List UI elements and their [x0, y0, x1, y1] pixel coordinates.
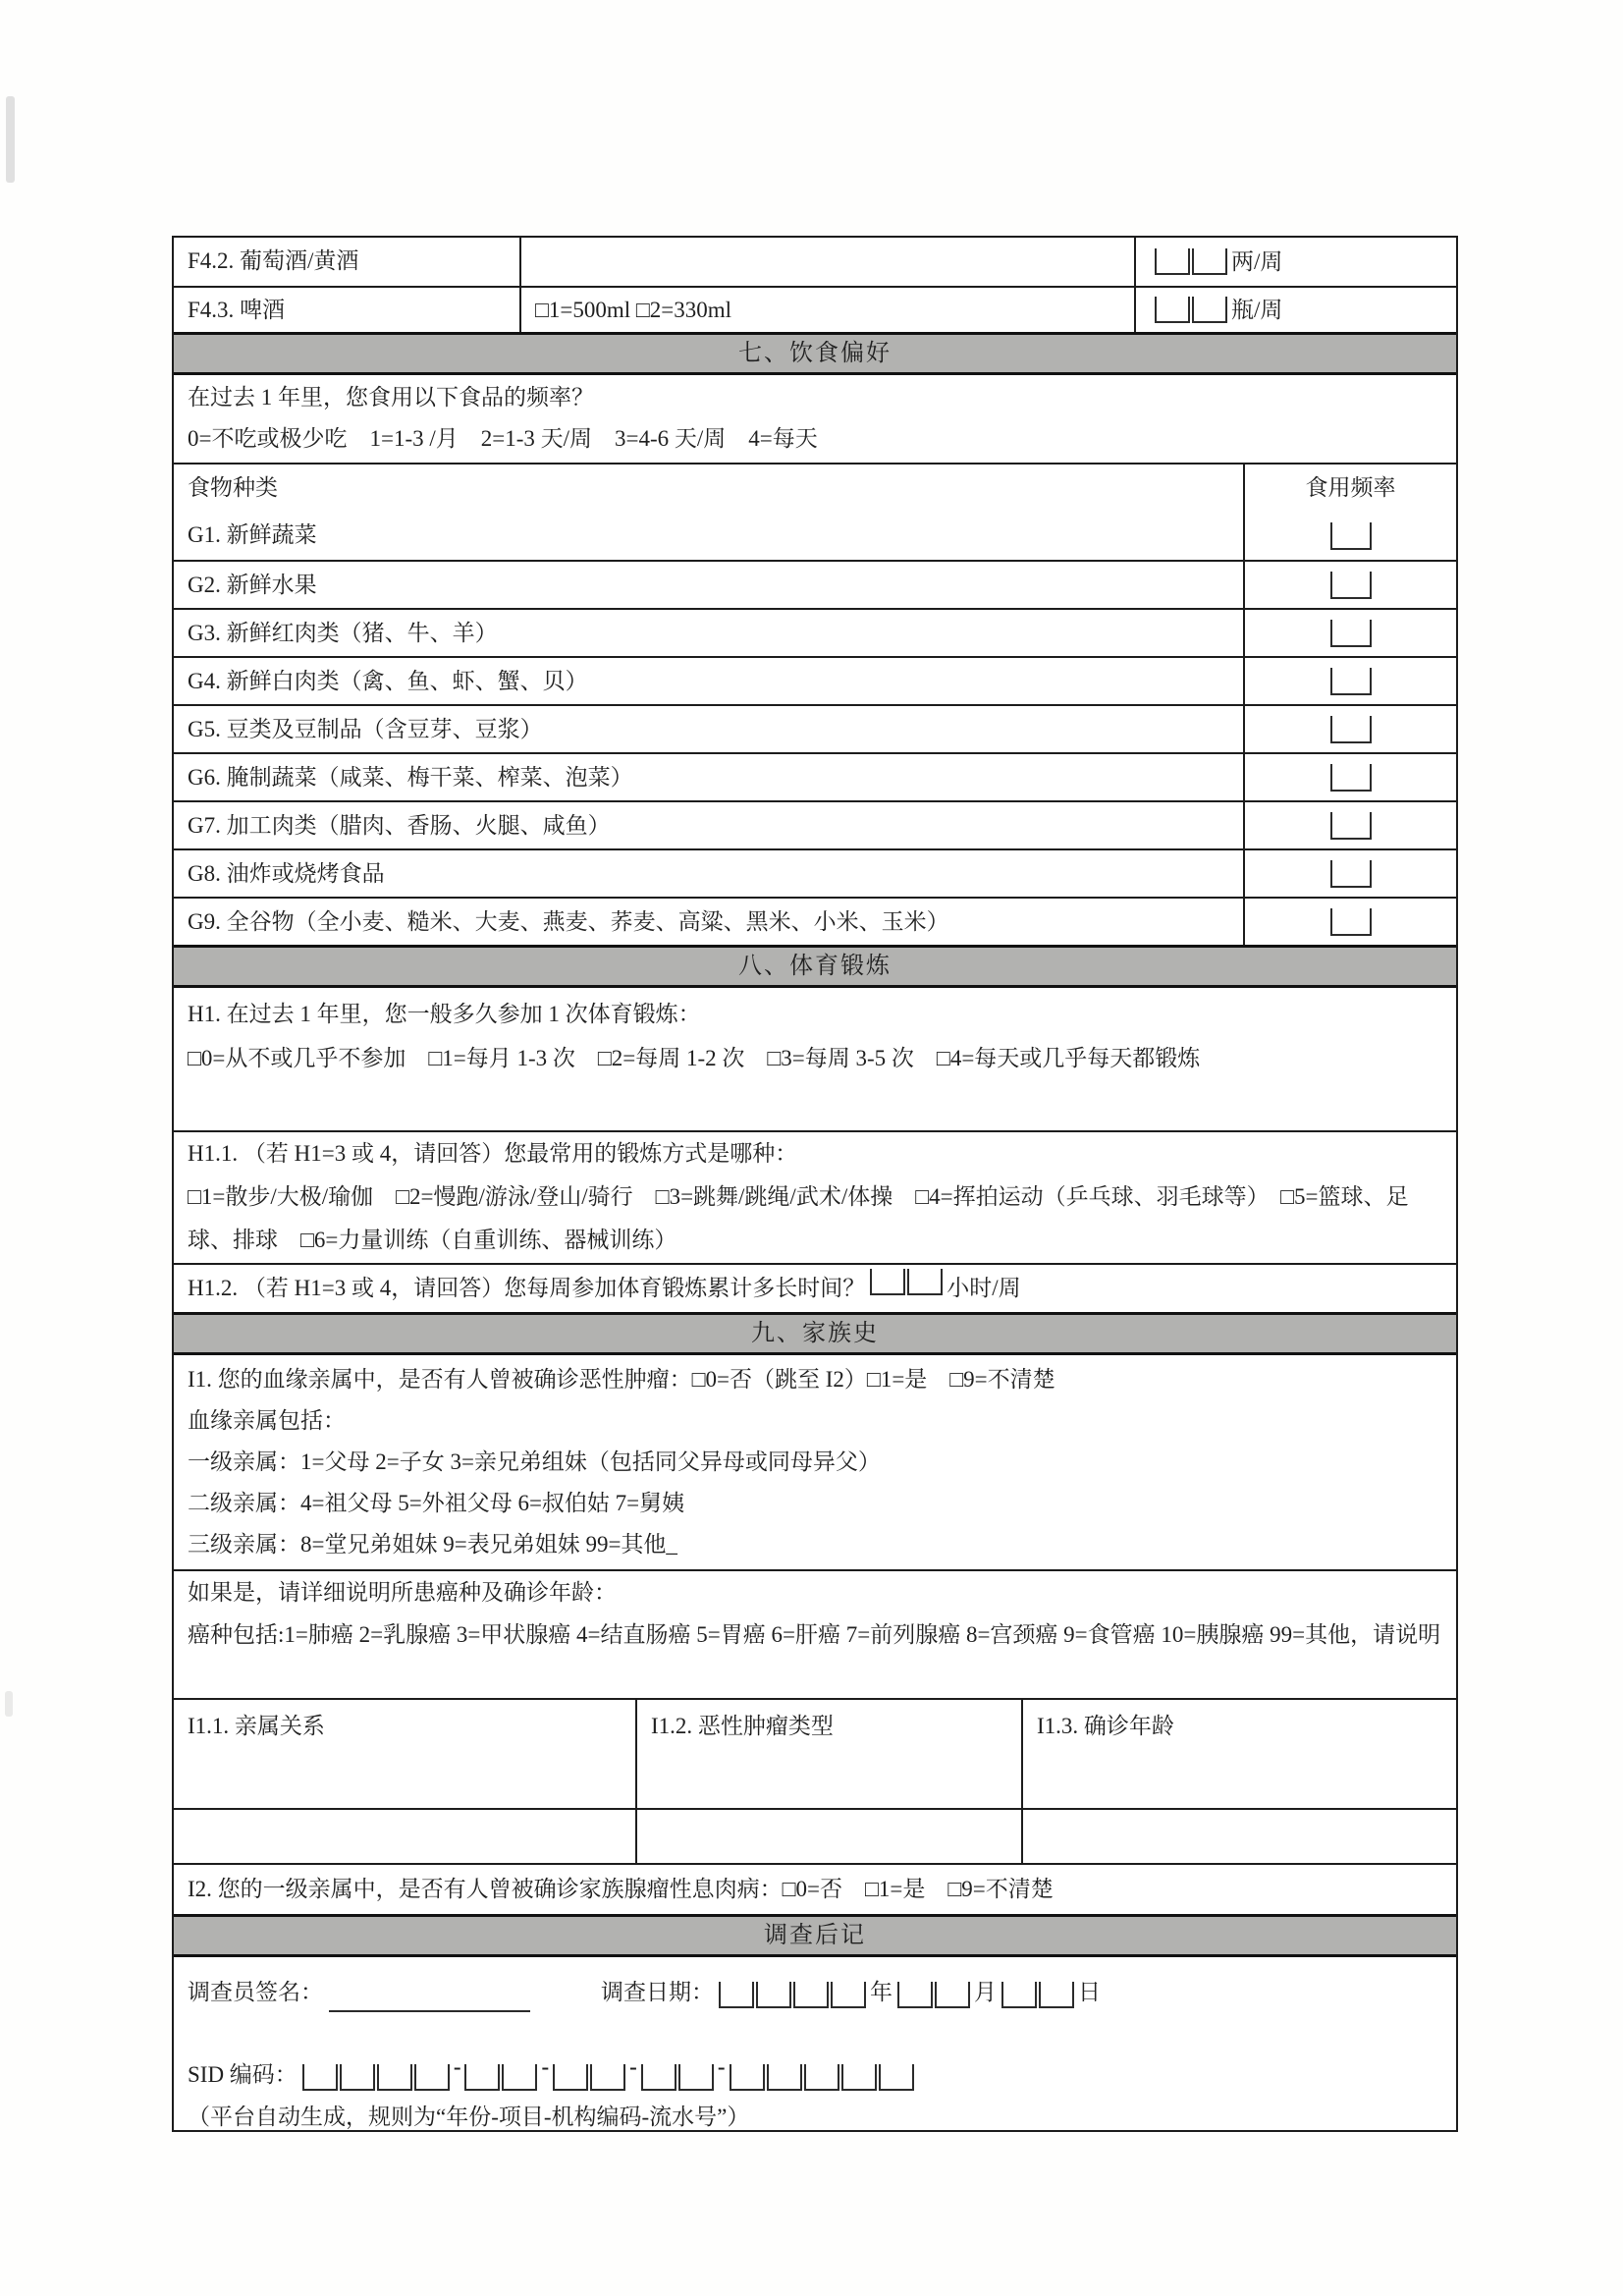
entry-box — [719, 1982, 754, 2008]
table-row-f43: F4.3. 啤酒 □1=500ml □2=330ml 瓶/周 — [174, 286, 1456, 332]
food-row: G5. 豆类及豆制品（含豆芽、豆浆） — [174, 704, 1456, 752]
h11-question-cell: H1.1. （若 H1=3 或 4，请回答）您最常用的锻炼方式是哪种： □1=散… — [174, 1130, 1456, 1263]
frequency-entry-cell — [1243, 754, 1456, 800]
section-header-exercise: 八、体育锻炼 — [174, 945, 1456, 988]
diet-frequency-scale: 0=不吃或极少吃 1=1-3 /月 2=1-3 天/周 3=4-6 天/周 4=… — [188, 418, 1442, 460]
row-id: F4.2. — [188, 248, 234, 273]
column-header-tumor-type: I1.2. 恶性肿瘤类型 — [635, 1700, 1021, 1753]
entry-box — [907, 1269, 943, 1295]
code-entry-boxes — [1154, 297, 1228, 323]
sid-code-line: SID 编码： ---- — [188, 2051, 1442, 2095]
entry-box — [897, 1982, 933, 2008]
section-header-postscript: 调查后记 — [174, 1914, 1456, 1957]
code-entry-boxes — [869, 1269, 944, 1295]
entry-box — [1155, 248, 1190, 275]
h1-question-cell: H1. 在过去 1 年里，您一般多久参加 1 次体育锻炼： □0=从不或几乎不参… — [174, 988, 1456, 1130]
food-label: G1. 新鲜蔬菜 — [174, 512, 1243, 560]
relatives-intro: 血缘亲属包括： — [188, 1400, 1442, 1442]
row-id: F4.3. — [188, 298, 234, 322]
entry-box — [641, 2064, 676, 2091]
entry-box — [879, 2064, 914, 2091]
code-entry-boxes — [1329, 522, 1373, 550]
row-label: 葡萄酒/黄酒 — [240, 248, 358, 273]
i1-question: I1. 您的血缘亲属中，是否有人曾被确诊恶性肿瘤：□0=否（跳至 I2）□1=是… — [188, 1359, 1442, 1400]
options-cell-f43: □1=500ml □2=330ml — [519, 288, 1134, 332]
checkbox-options-text: □1=500ml □2=330ml — [535, 298, 731, 322]
group-separator: - — [454, 2048, 461, 2087]
entry-box — [1330, 522, 1372, 550]
entry-box — [1330, 716, 1372, 743]
entry-box — [1330, 764, 1372, 792]
first-degree-relatives: 一级亲属：1=父母 2=子女 3=亲兄弟组妹（包括同父异母或同母异父） — [188, 1442, 1442, 1483]
food-label: G9. 全谷物（全小麦、糙米、大麦、燕麦、荞麦、高粱、黑米、小米、玉米） — [174, 899, 1243, 945]
food-row: G1. 新鲜蔬菜 — [174, 512, 1456, 560]
section-header-family-history: 九、家族史 — [174, 1312, 1456, 1355]
entry-box — [1192, 297, 1227, 323]
entry-box — [1155, 297, 1190, 323]
code-entry-boxes — [1329, 668, 1373, 695]
month-label: 月 — [974, 1973, 997, 2012]
food-row: G4. 新鲜白肉类（禽、鱼、虾、蟹、贝） — [174, 656, 1456, 704]
entry-box — [841, 2064, 877, 2091]
entry-box — [1330, 908, 1372, 936]
row-label: 啤酒 — [240, 298, 285, 322]
relative-table-row — [174, 1808, 1456, 1863]
signature-date-line: 调查员签名： 调查日期： 年 月 日 — [188, 1969, 1442, 2012]
year-entry-boxes — [718, 1982, 867, 2008]
h12-question: H1.2. （若 H1=3 或 4，请回答）您每周参加体育锻炼累计多长时间？ — [188, 1276, 865, 1300]
frequency-entry-cell — [1243, 610, 1456, 656]
group-separator: - — [629, 2048, 637, 2087]
food-row: G9. 全谷物（全小麦、糙米、大麦、燕麦、荞麦、高粱、黑米、小米、玉米） — [174, 897, 1456, 945]
entry-box — [553, 2064, 588, 2091]
column-header-diagnosis-age: I1.3. 确诊年龄 — [1021, 1700, 1456, 1753]
code-entry-boxes — [1329, 860, 1373, 888]
entry-box — [870, 1269, 905, 1295]
food-frequency-rows: G1. 新鲜蔬菜G2. 新鲜水果G3. 新鲜红肉类（猪、牛、羊）G4. 新鲜白肉… — [174, 512, 1456, 945]
food-label: G8. 油炸或烧烤食品 — [174, 850, 1243, 897]
entry-box — [678, 2064, 714, 2091]
entry-box — [1330, 812, 1372, 840]
food-label: G3. 新鲜红肉类（猪、牛、羊） — [174, 610, 1243, 656]
empty-entry-cell — [174, 1753, 635, 1808]
cancer-type-cell: 如果是，请详细说明所患癌种及确诊年龄： 癌种包括:1=肺癌 2=乳腺癌 3=甲状… — [174, 1569, 1456, 1698]
group-separator: - — [718, 2048, 726, 2087]
answer-cell-f43: 瓶/周 — [1134, 288, 1456, 332]
second-degree-relatives: 二级亲属：4=祖父母 5=外祖父母 6=叔伯姑 7=舅姨 — [188, 1483, 1442, 1524]
sid-generation-note: （平台自动生成，规则为“年份-项目-机构编码-流水号”） — [188, 2099, 1442, 2130]
food-row: G7. 加工肉类（腊肉、香肠、火腿、咸鱼） — [174, 800, 1456, 848]
frequency-entry-cell — [1243, 706, 1456, 752]
code-entry-boxes — [1329, 620, 1373, 647]
diet-question: 在过去 1 年里，您食用以下食品的频率？ — [188, 377, 1442, 418]
code-entry-boxes — [1329, 572, 1373, 599]
scanned-questionnaire-page: F4.2. 葡萄酒/黄酒 两/周 F4.3. 啤酒 □1=500ml □2=33… — [0, 0, 1623, 2296]
entry-box — [1001, 1982, 1037, 2008]
i2-question-cell: I2. 您的一级亲属中，是否有人曾被确诊家族腺瘤性息肉病：□0=否 □1=是 □… — [174, 1863, 1456, 1914]
empty-entry-cell — [635, 1810, 1021, 1863]
table-row-f42: F4.2. 葡萄酒/黄酒 两/周 — [174, 238, 1456, 286]
year-label: 年 — [870, 1973, 893, 2012]
h1-checkbox-options: □0=从不或几乎不参加 □1=每月 1-3 次 □2=每周 1-2 次 □3=每… — [188, 1036, 1442, 1080]
entry-box — [756, 1982, 791, 2008]
column-header-food: 食物种类 — [174, 465, 1243, 512]
food-row: G2. 新鲜水果 — [174, 560, 1456, 608]
food-label: G6. 腌制蔬菜（咸菜、梅干菜、榨菜、泡菜） — [174, 754, 1243, 800]
code-entry-boxes — [1154, 248, 1228, 275]
entry-box — [414, 2064, 450, 2091]
frequency-entry-cell — [1243, 512, 1456, 560]
h11-question: H1.1. （若 H1=3 或 4，请回答）您最常用的锻炼方式是哪种： — [188, 1132, 1442, 1175]
food-row: G8. 油炸或烧烤食品 — [174, 848, 1456, 897]
h11-checkbox-options: □1=散步/大极/瑜伽 □2=慢跑/游泳/登山/骑行 □3=跳舞/跳绳/武术/体… — [188, 1175, 1442, 1262]
month-entry-boxes — [896, 1982, 971, 2008]
entry-box — [502, 2064, 537, 2091]
questionnaire-table: F4.2. 葡萄酒/黄酒 两/周 F4.3. 啤酒 □1=500ml □2=33… — [172, 236, 1458, 2132]
empty-entry-cell — [635, 1753, 1021, 1808]
empty-entry-cell — [1021, 1810, 1456, 1863]
survey-date-group: 调查日期： 年 月 日 — [601, 1973, 1101, 2012]
food-label: G5. 豆类及豆制品（含豆芽、豆浆） — [174, 706, 1243, 752]
entry-box — [730, 2064, 765, 2091]
food-label: G7. 加工肉类（腊肉、香肠、火腿、咸鱼） — [174, 802, 1243, 848]
question-id-f42: F4.2. 葡萄酒/黄酒 — [174, 238, 519, 286]
frequency-entry-cell — [1243, 802, 1456, 848]
entry-box — [302, 2064, 338, 2091]
entry-box — [935, 1982, 970, 2008]
surveyor-signature-label: 调查员签名： — [188, 1973, 323, 2012]
i2-question: I2. 您的一级亲属中，是否有人曾被确诊家族腺瘤性息肉病：□0=否 □1=是 □… — [188, 1877, 1054, 1901]
entry-box — [831, 1982, 866, 2008]
relative-table-empty-rows — [174, 1753, 1456, 1863]
entry-box — [590, 2064, 625, 2091]
code-entry-boxes — [1329, 716, 1373, 743]
frequency-entry-cell — [1243, 562, 1456, 608]
sid-label: SID 编码： — [188, 2055, 298, 2095]
code-entry-boxes — [1329, 812, 1373, 840]
code-entry-boxes — [1329, 908, 1373, 936]
code-entry-boxes — [1329, 764, 1373, 792]
column-header-relationship: I1.1. 亲属关系 — [174, 1700, 635, 1753]
entry-box — [1330, 860, 1372, 888]
relative-table-row — [174, 1753, 1456, 1808]
postscript-cell: 调查员签名： 调查日期： 年 月 日 SID 编码： ---- （平台自动生成，… — [174, 1957, 1456, 2130]
entry-box — [1330, 572, 1372, 599]
unit-label: 两/周 — [1231, 239, 1282, 285]
day-entry-boxes — [1001, 1982, 1075, 2008]
frequency-entry-cell — [1243, 850, 1456, 897]
entry-box — [464, 2064, 500, 2091]
food-label: G2. 新鲜水果 — [174, 562, 1243, 608]
food-table-header: 食物种类 食用频率 — [174, 463, 1456, 512]
section-header-diet: 七、饮食偏好 — [174, 332, 1456, 375]
entry-box — [1192, 248, 1227, 275]
entry-box — [767, 2064, 802, 2091]
answer-cell-f42: 两/周 — [1134, 238, 1456, 286]
h12-question-cell: H1.2. （若 H1=3 或 4，请回答）您每周参加体育锻炼累计多长时间？小时… — [174, 1263, 1456, 1312]
empty-entry-cell — [174, 1810, 635, 1863]
entry-box — [1330, 668, 1372, 695]
empty-entry-cell — [1021, 1753, 1456, 1808]
survey-date-label: 调查日期： — [601, 1973, 714, 2012]
sid-entry-boxes: ---- — [301, 2051, 915, 2091]
signature-blank-line — [329, 1983, 530, 2012]
unit-label: 瓶/周 — [1231, 288, 1282, 332]
third-degree-relatives: 三级亲属：8=堂兄弟姐妹 9=表兄弟姐妹 99=其他_ — [188, 1524, 1442, 1565]
scan-artifact — [5, 1691, 13, 1717]
options-cell-f42 — [519, 238, 1134, 286]
entry-box — [1039, 1982, 1074, 2008]
food-label: G4. 新鲜白肉类（禽、鱼、虾、蟹、贝） — [174, 658, 1243, 704]
entry-box — [793, 1982, 829, 2008]
if-yes-instruction: 如果是，请详细说明所患癌种及确诊年龄： — [188, 1571, 1442, 1613]
entry-box — [377, 2064, 412, 2091]
entry-box — [804, 2064, 839, 2091]
diet-intro-cell: 在过去 1 年里，您食用以下食品的频率？ 0=不吃或极少吃 1=1-3 /月 2… — [174, 375, 1456, 463]
h1-question: H1. 在过去 1 年里，您一般多久参加 1 次体育锻炼： — [188, 992, 1442, 1036]
day-label: 日 — [1078, 1973, 1101, 2012]
frequency-entry-cell — [1243, 658, 1456, 704]
question-id-f43: F4.3. 啤酒 — [174, 288, 519, 332]
entry-box — [340, 2064, 375, 2091]
food-row: G6. 腌制蔬菜（咸菜、梅干菜、榨菜、泡菜） — [174, 752, 1456, 800]
scan-artifact — [6, 96, 15, 183]
h12-unit: 小时/周 — [947, 1276, 1020, 1300]
group-separator: - — [541, 2048, 549, 2087]
entry-box — [1330, 620, 1372, 647]
relative-table-header: I1.1. 亲属关系 I1.2. 恶性肿瘤类型 I1.3. 确诊年龄 — [174, 1698, 1456, 1753]
cancer-type-codes: 癌种包括:1=肺癌 2=乳腺癌 3=甲状腺癌 4=结直肠癌 5=胃癌 6=肝癌 … — [188, 1613, 1442, 1656]
frequency-entry-cell — [1243, 899, 1456, 945]
i1-question-cell: I1. 您的血缘亲属中，是否有人曾被确诊恶性肿瘤：□0=否（跳至 I2）□1=是… — [174, 1355, 1456, 1569]
food-row: G3. 新鲜红肉类（猪、牛、羊） — [174, 608, 1456, 656]
column-header-frequency: 食用频率 — [1243, 465, 1456, 512]
